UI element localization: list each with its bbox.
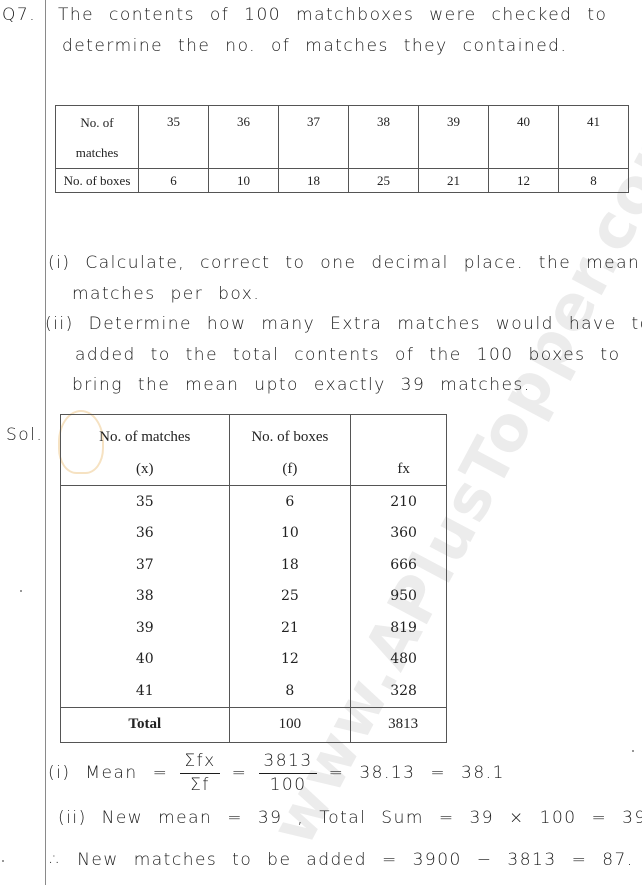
solution-table-body: 3562103610360371866638259503921819401248… — [61, 486, 447, 708]
header-f: No. of boxes (f) — [229, 415, 351, 486]
matches-cell: 35 — [139, 106, 209, 169]
question-part-ii-line-2: added to the total contents of the 100 b… — [75, 345, 621, 365]
boxes-cell: 10 — [209, 169, 279, 193]
value-fraction: 3813 100 — [259, 752, 316, 794]
scan-speck — [20, 590, 22, 592]
cell-x: 41 — [61, 675, 230, 707]
solution-total-row: Total 100 3813 — [61, 707, 447, 742]
row-header-matches: No. of matches — [56, 106, 139, 169]
question-data-table: No. of matches 35 36 37 38 39 40 41 No. … — [55, 105, 629, 193]
cell-fx: 819 — [351, 612, 447, 644]
matches-cell: 37 — [279, 106, 349, 169]
sum-fx: Σfx — [180, 752, 219, 774]
solution-table-row: 356210 — [61, 486, 447, 518]
total-label: Total — [61, 707, 230, 742]
boxes-cell: 8 — [559, 169, 629, 193]
boxes-row: No. of boxes 6 10 18 25 21 12 8 — [56, 169, 629, 193]
solution-table-row: 418328 — [61, 675, 447, 707]
equals-sign: = — [232, 763, 248, 783]
cell-f: 6 — [229, 486, 351, 518]
solution-conclusion: ∴ New matches to be added = 3900 − 3813 … — [50, 850, 634, 870]
solution-table-row: 3921819 — [61, 612, 447, 644]
cell-fx: 328 — [351, 675, 447, 707]
mean-prefix: (i) Mean = — [48, 763, 168, 783]
total-f: 100 — [229, 707, 351, 742]
boxes-cell: 21 — [419, 169, 489, 193]
boxes-cell: 12 — [489, 169, 559, 193]
cell-x: 35 — [61, 486, 230, 518]
solution-table-row: 3610360 — [61, 518, 447, 550]
cell-f: 8 — [229, 675, 351, 707]
matches-cell: 38 — [349, 106, 419, 169]
solution-part-ii: (ii) New mean = 39 , Total Sum = 39 × 10… — [58, 808, 642, 828]
cell-x: 40 — [61, 644, 230, 676]
header-x: No. of matches (x) — [61, 415, 230, 486]
matches-cell: 41 — [559, 106, 629, 169]
scan-speck — [632, 750, 634, 752]
solution-table-row: 4012480 — [61, 644, 447, 676]
cell-fx: 480 — [351, 644, 447, 676]
solution-table-row: 3825950 — [61, 581, 447, 613]
cell-f: 21 — [229, 612, 351, 644]
scan-speck — [2, 860, 4, 862]
row-header-boxes: No. of boxes — [56, 169, 139, 193]
solution-table-row: 3718666 — [61, 549, 447, 581]
matches-cell: 39 — [419, 106, 489, 169]
cell-x: 37 — [61, 549, 230, 581]
boxes-cell: 18 — [279, 169, 349, 193]
cell-f: 10 — [229, 518, 351, 550]
cell-x: 39 — [61, 612, 230, 644]
matches-cell: 36 — [209, 106, 279, 169]
question-intro-line-2: determine the no. of matches they contai… — [62, 36, 567, 56]
solution-label: Sol. — [6, 425, 43, 445]
cell-f: 12 — [229, 644, 351, 676]
cell-fx: 950 — [351, 581, 447, 613]
question-number: Q7. — [2, 5, 36, 25]
question-part-ii-line-1: (ii) Determine how many Extra matches wo… — [45, 314, 642, 334]
total-fx: 3813 — [351, 707, 447, 742]
solution-part-i: (i) Mean = Σfx Σf = 3813 100 = 38.13 = 3… — [48, 752, 505, 794]
denominator-value: 100 — [270, 774, 307, 795]
page-margin-line — [45, 0, 46, 885]
boxes-cell: 25 — [349, 169, 419, 193]
solution-frequency-table: No. of matches (x) No. of boxes (f) fx 3… — [60, 414, 447, 743]
matches-row: No. of matches 35 36 37 38 39 40 41 — [56, 106, 629, 169]
header-fx: fx — [351, 415, 447, 486]
solution-table-header: No. of matches (x) No. of boxes (f) fx — [61, 415, 447, 486]
question-intro-line-1: The contents of 100 matchboxes were chec… — [58, 5, 607, 25]
mean-result: = 38.13 = 38.1 — [329, 763, 505, 783]
sum-fraction: Σfx Σf — [180, 752, 219, 794]
cell-f: 25 — [229, 581, 351, 613]
numerator-value: 3813 — [259, 752, 316, 774]
boxes-cell: 6 — [139, 169, 209, 193]
cell-fx: 210 — [351, 486, 447, 518]
matches-cell: 40 — [489, 106, 559, 169]
sum-f: Σf — [190, 774, 210, 795]
question-part-ii-line-3: bring the mean upto exactly 39 matches. — [72, 375, 531, 395]
cell-x: 36 — [61, 518, 230, 550]
cell-fx: 360 — [351, 518, 447, 550]
cell-fx: 666 — [351, 549, 447, 581]
cell-f: 18 — [229, 549, 351, 581]
question-part-i-line-2: matches per box. — [72, 284, 260, 304]
question-part-i-line-1: (i) Calculate, correct to one decimal pl… — [48, 253, 642, 273]
cell-x: 38 — [61, 581, 230, 613]
